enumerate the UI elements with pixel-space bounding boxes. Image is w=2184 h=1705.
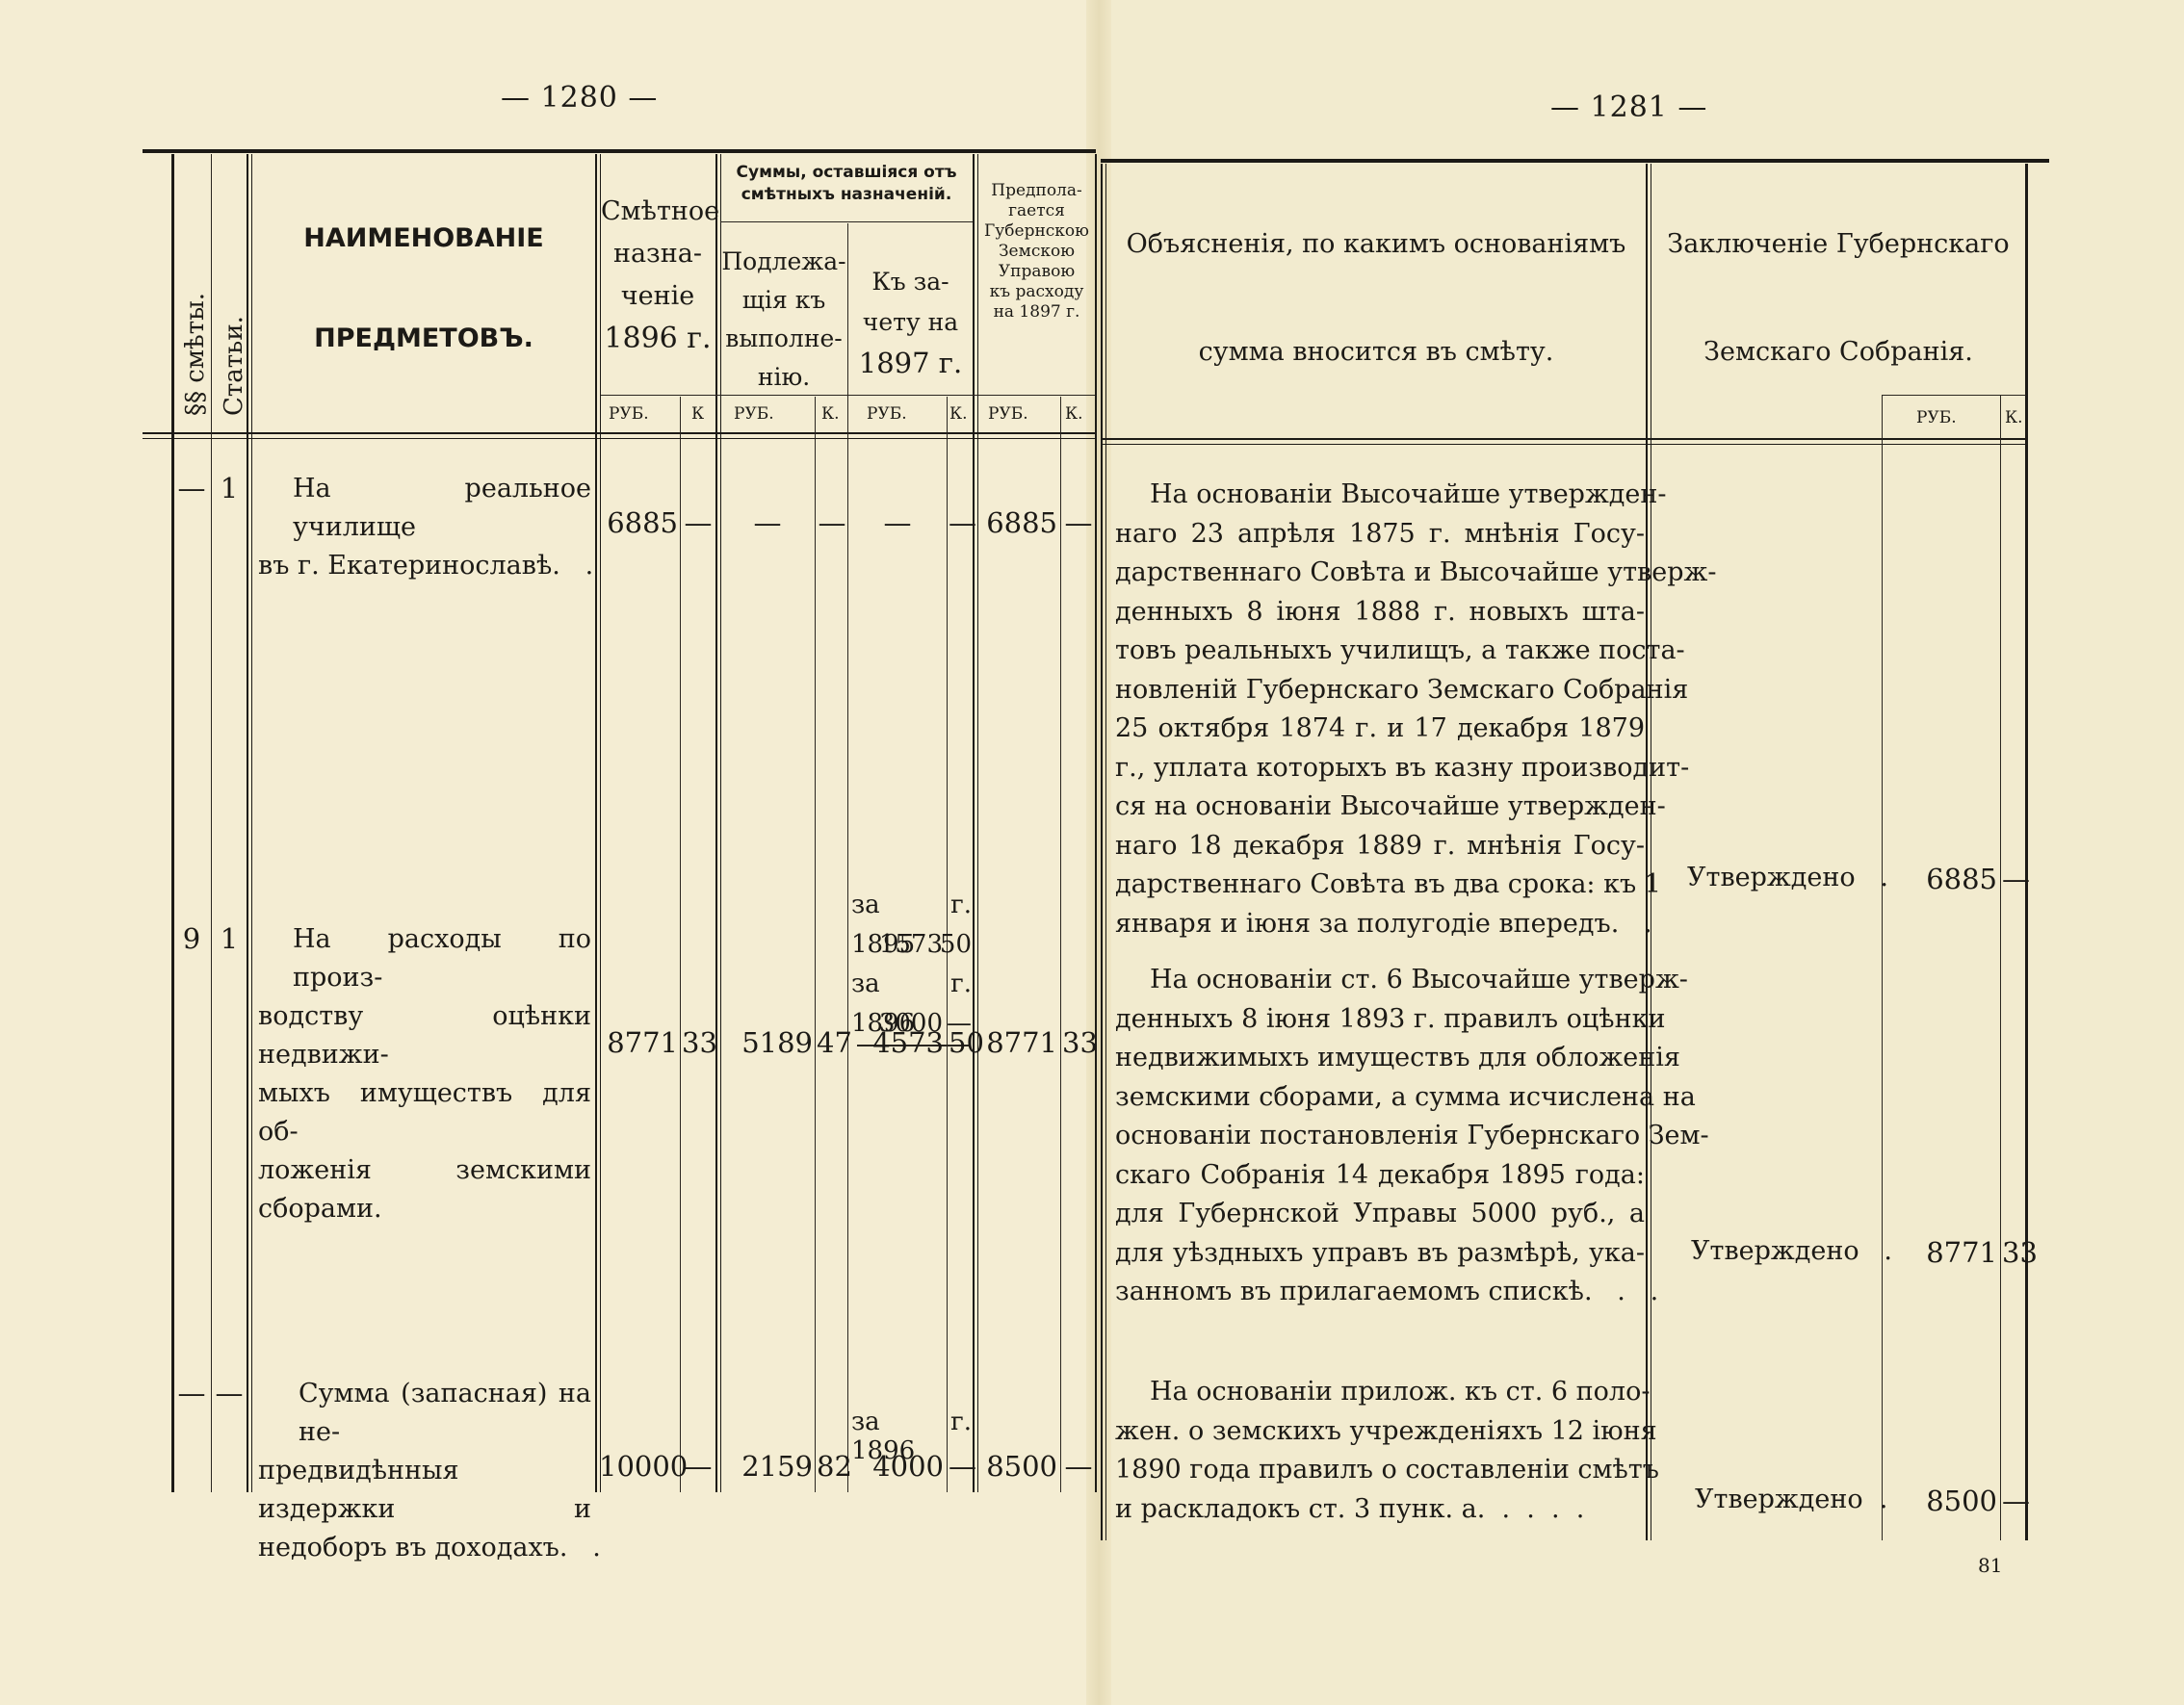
col-header-line: выполне- (721, 320, 846, 358)
col-line (251, 154, 252, 1492)
col-header-to-credit: Къ за- чету на 1897 г. (848, 262, 973, 383)
col-header-line: Управою (978, 262, 1095, 282)
unit-kop: К (691, 404, 704, 424)
row-name: Сумма (запасная) на не- предвидѣнныя изд… (258, 1375, 591, 1567)
proposed-kop: — (1062, 1450, 1095, 1483)
col-header-line: Къ за- (848, 262, 973, 302)
budget-rub: 10000 (599, 1450, 680, 1483)
proposed-rub: 8500 (978, 1450, 1057, 1483)
explanation-line: дарственнаго Совѣта въ два срока: къ 1 (1115, 865, 1645, 905)
col-header-explanation-2: сумма вносится въ смѣту. (1107, 337, 1645, 367)
unit-kop: К. (1065, 404, 1083, 424)
budget-rub: 8771 (601, 1026, 678, 1059)
row-name-line: Сумма (запасная) на не- (258, 1375, 591, 1452)
col-header-line: гается (978, 201, 1095, 221)
conclusion-status: Утверждено . (1691, 1236, 1892, 1266)
col-header-budget-line: назна- (601, 233, 715, 275)
explanation-block: На основаніи прилож. къ ст. 6 поло- жен.… (1115, 1373, 1645, 1529)
budget-kop: 33 (682, 1026, 715, 1059)
explanation-line: января и іюня за полугодіе впередъ. . (1115, 905, 1645, 944)
header-unit-rule (601, 395, 1095, 396)
col-line (2000, 395, 2001, 1540)
budget-kop: — (682, 506, 715, 539)
row-name-line: предвидѣнныя издержки и (258, 1452, 591, 1529)
credit-rub: 4000 (849, 1450, 944, 1483)
col-header-proposed: Предпола- гается Губернскою Земскою Упра… (978, 181, 1095, 323)
breakdown-kop: 50 (940, 925, 972, 965)
row-name-line: недоборъ въ доходахъ. . (258, 1529, 591, 1567)
explanation-line: денныхъ 8 іюня 1893 г. правилъ оцѣнки (1115, 1000, 1645, 1040)
col-line (1060, 397, 1061, 1492)
conclusion-kop: — (2002, 863, 2025, 895)
credit-note: за 1896 г. (851, 1408, 972, 1446)
unit-rub: РУБ. (734, 404, 774, 424)
execute-kop: 82 (817, 1450, 847, 1483)
col-line (1651, 164, 1651, 1540)
row-name-line: На реальное училище (258, 470, 591, 547)
credit-kop: 50 (949, 1026, 972, 1059)
row-article: 1 (214, 922, 245, 955)
table-top-rule-left (143, 149, 1096, 153)
credit-rub: 4573 (849, 1026, 944, 1059)
breakdown-suffix: г. (950, 886, 972, 925)
explanation-line: наго 18 декабря 1889 г. мнѣнія Госу- (1115, 827, 1645, 866)
col-header-budget-line: ченіе (601, 275, 715, 318)
explanation-line: и раскладокъ ст. 3 пунк. а. . . . . (1115, 1490, 1645, 1530)
col-line (1101, 164, 1103, 1540)
col-header-to-execute: Подлежа- щія къ выполне- нію. (721, 243, 846, 397)
row-name-line: водству оцѣнки недвижи- (258, 997, 591, 1074)
col-header-remaining-line: Суммы, оставшіяся отъ (720, 162, 973, 184)
explanation-line: ся на основаніи Высочайше утвержден- (1115, 788, 1645, 827)
row-name-line: мыхъ имуществъ для об- (258, 1074, 591, 1151)
explanation-line: дарственнаго Совѣта и Высочайше утверж- (1115, 554, 1645, 593)
header-bottom-rule-right (1101, 438, 2025, 440)
col-header-line: 1897 г. (848, 343, 973, 383)
col-header-line: къ расходу (978, 282, 1095, 302)
budget-kop: — (682, 1450, 715, 1483)
credit-kop: — (949, 506, 972, 539)
explanation-line: земскими сборами, а сумма исчислена на (1115, 1078, 1645, 1118)
col-header-remaining: Суммы, оставшіяся отъ смѣтныхъ назначені… (720, 162, 973, 206)
explanation-line: г., уплата которыхъ въ казну производит- (1115, 749, 1645, 788)
explanation-line: новленій Губернскаго Земскаго Собранія (1115, 671, 1645, 710)
proposed-kop: — (1062, 506, 1095, 539)
conclusion-rub: 8771 (1884, 1236, 1997, 1269)
execute-kop: 47 (817, 1026, 847, 1059)
execute-rub: — (722, 506, 813, 539)
row-article: — (214, 1377, 245, 1409)
unit-kop: К. (821, 404, 840, 424)
col-line (815, 397, 816, 1492)
col-line (977, 154, 978, 1492)
col-line (680, 397, 681, 1492)
row-name: На расходы по произ- водству оцѣнки недв… (258, 920, 591, 1228)
col-header-line: чету на (848, 302, 973, 343)
col-line (1882, 395, 1883, 1540)
explanation-line: недвижимыхъ имуществъ для обложенія (1115, 1039, 1645, 1078)
explanation-line: занномъ въ прилагаемомъ спискѣ. . . (1115, 1273, 1645, 1312)
col-header-conclusion-2: Земскаго Собранія. (1652, 337, 2024, 367)
col-header-line: Подлежа- (721, 243, 846, 281)
breakdown-label: за 1896 г. (851, 965, 972, 1004)
execute-kop: — (817, 506, 847, 539)
col-line (847, 223, 848, 1492)
row-name-line: въ г. Екатеринославѣ. . (258, 547, 591, 585)
col-line (211, 154, 212, 1492)
col-line (2025, 164, 2028, 1540)
breakdown-value: 1573 50 (851, 925, 972, 965)
unit-kop: К. (949, 404, 968, 424)
header-bottom-rule-left (143, 432, 1096, 434)
explanation-line: наго 23 апрѣля 1875 г. мнѣнія Госу- (1115, 515, 1645, 555)
explanation-block: На основаніи Высочайше утвержден- наго 2… (1115, 476, 1645, 943)
explanation-line: 25 октября 1874 г. и 17 декабря 1879 (1115, 710, 1645, 749)
execute-rub: 2159 (722, 1450, 813, 1483)
conclusion-rub: 8500 (1884, 1485, 1997, 1517)
col-header-section: §§ смѣты. (181, 156, 210, 416)
col-header-line: на 1897 г. (978, 302, 1095, 323)
explanation-line: На основаніи прилож. къ ст. 6 поло- (1115, 1373, 1645, 1412)
col-header-budget-line: Смѣтное (601, 191, 715, 233)
explanation-line: На основаніи Высочайше утвержден- (1115, 476, 1645, 515)
breakdown-suffix: г. (950, 965, 972, 1004)
page-number-left: — 1280 — (501, 81, 658, 115)
col-header-line: щія къ (721, 281, 846, 320)
col-line (715, 154, 717, 1492)
conclusion-kop: 33 (2002, 1236, 2025, 1269)
row-section: 9 (175, 922, 208, 955)
header-bottom-rule-left-2 (143, 438, 1096, 439)
signature-mark: 81 (1978, 1554, 2002, 1577)
col-line (595, 154, 597, 1492)
col-header-budget-line: 1896 г. (601, 318, 715, 360)
row-name: На реальное училище въ г. Екатеринославѣ… (258, 470, 591, 585)
col-header-line: Губернскою (978, 221, 1095, 242)
explanation-line: 1890 года правилъ о составленіи смѣтъ (1115, 1451, 1645, 1490)
conclusion-status: Утверждено . (1687, 863, 1888, 892)
conclusion-status: Утверждено . (1695, 1485, 1887, 1514)
credit-rub: — (849, 506, 946, 539)
explanation-line: скаго Собранія 14 декабря 1895 года: (1115, 1156, 1645, 1196)
col-line (1646, 164, 1648, 1540)
row-section: — (175, 1377, 208, 1409)
col-header-explanation-1: Объясненія, по какимъ основаніямъ (1107, 229, 1645, 259)
unit-rub: РУБ. (609, 404, 649, 424)
header-unit-rule (1882, 395, 2026, 396)
col-header-article: Статьи. (220, 316, 248, 416)
col-line (171, 154, 174, 1492)
proposed-rub: 8771 (978, 1026, 1057, 1059)
unit-kop: К. (2005, 408, 2023, 427)
proposed-rub: 6885 (978, 506, 1057, 539)
col-header-conclusion-1: Заключеніе Губернскаго (1652, 229, 2024, 259)
breakdown-label: за 1895 г. (851, 886, 972, 925)
explanation-line: основаніи постановленія Губернскаго Зем- (1115, 1117, 1645, 1156)
row-article: 1 (214, 472, 245, 504)
proposed-kop: 33 (1062, 1026, 1095, 1059)
unit-rub: РУБ. (988, 404, 1028, 424)
execute-rub: 5189 (722, 1026, 813, 1059)
row-name-line: ложенія земскими сборами. (258, 1151, 591, 1228)
explanation-line: денныхъ 8 іюня 1888 г. новыхъ шта- (1115, 593, 1645, 633)
explanation-block: На основаніи ст. 6 Высочайше утверж- ден… (1115, 961, 1645, 1312)
col-header-line: Земскою (978, 242, 1095, 262)
col-header-line: нію. (721, 358, 846, 397)
budget-rub: 6885 (601, 506, 678, 539)
unit-rub: РУБ. (867, 404, 907, 424)
credit-kop: — (949, 1450, 972, 1483)
col-line (1095, 154, 1097, 1492)
col-line (1105, 164, 1106, 1540)
explanation-line: для уѣздныхъ управъ въ размѣрѣ, ука- (1115, 1234, 1645, 1274)
conclusion-rub: 6885 (1884, 863, 1997, 895)
page-number-right: — 1281 — (1550, 90, 1707, 124)
table-top-rule-right (1101, 159, 2049, 163)
row-section: — (175, 472, 208, 504)
col-header-name-2: ПРЕДМЕТОВЪ. (252, 323, 595, 353)
unit-rub: РУБ. (1916, 408, 1957, 427)
breakdown-rub: 1573 (879, 925, 943, 965)
header-bottom-rule-right-2 (1101, 444, 2025, 445)
explanation-line: товъ реальныхъ училищъ, а также поста- (1115, 632, 1645, 671)
explanation-line: жен. о земскихъ учрежденіяхъ 12 іюня (1115, 1412, 1645, 1452)
row-name-line: На расходы по произ- (258, 920, 591, 997)
col-line (973, 154, 975, 1492)
col-header-line: Предпола- (978, 181, 1095, 201)
explanation-line: для Губернской Управы 5000 руб., а (1115, 1195, 1645, 1234)
header-subrule (720, 221, 973, 222)
col-header-budget: Смѣтное назна- ченіе 1896 г. (601, 191, 715, 360)
col-header-remaining-line: смѣтныхъ назначеній. (720, 184, 973, 206)
credit-note-suffix: г. (950, 1408, 972, 1436)
credit-breakdown: за 1895 г. 1573 50 за 1896 г. 3000 — (851, 886, 972, 1044)
explanation-line: На основаніи ст. 6 Высочайше утверж- (1115, 961, 1645, 1000)
conclusion-kop: — (2002, 1485, 2025, 1517)
col-header-name-1: НАИМЕНОВАНІЕ (252, 223, 595, 253)
